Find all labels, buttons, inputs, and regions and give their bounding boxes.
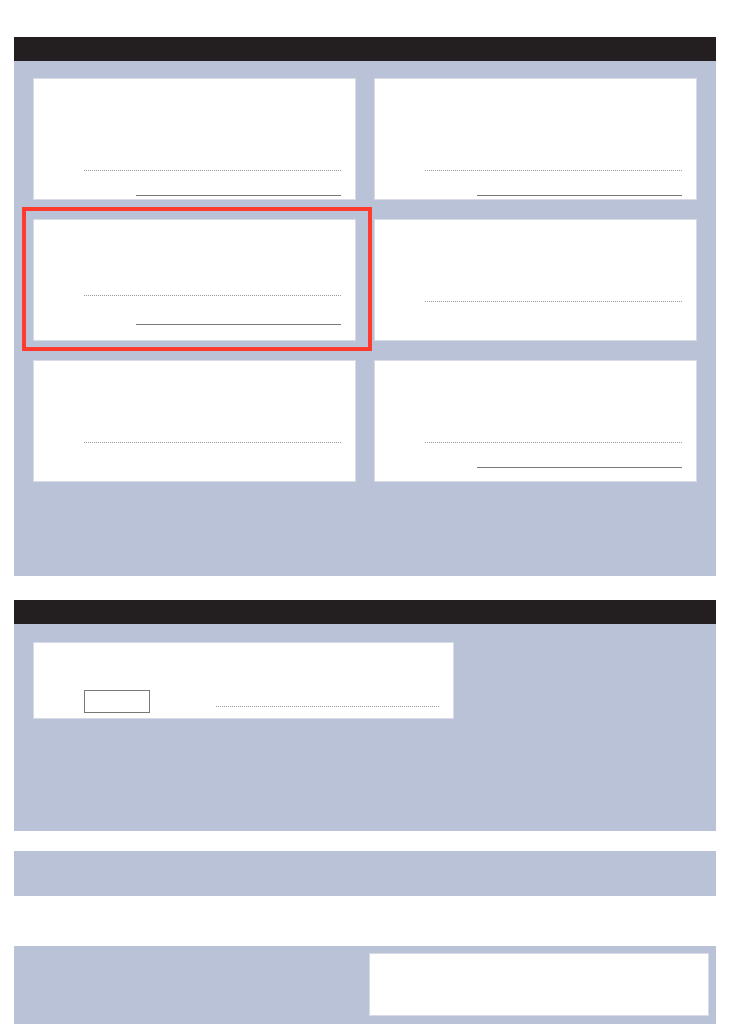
info-panel bbox=[14, 851, 716, 896]
cf-beneficiario-row bbox=[387, 455, 682, 468]
cinque-per-mille-header bbox=[14, 37, 716, 61]
firma-partito-field[interactable] bbox=[216, 703, 439, 707]
firma-volontariato-field[interactable] bbox=[84, 167, 341, 171]
cf-beneficiario-row bbox=[46, 183, 341, 196]
box-volontariato bbox=[33, 78, 356, 200]
box-partito-politico bbox=[33, 642, 454, 719]
firma-row bbox=[387, 298, 682, 303]
firma-associazioni-sportive-field[interactable] bbox=[425, 439, 682, 443]
due-per-mille-header bbox=[14, 600, 716, 624]
box-associazioni-sportive bbox=[374, 360, 697, 482]
cf-ricerca-scientifica-input[interactable] bbox=[477, 183, 682, 196]
codice-fiscale-row bbox=[15, 6, 21, 24]
box-comune-residenza bbox=[33, 360, 356, 482]
cf-associazioni-sportive-input[interactable] bbox=[477, 455, 682, 468]
codice-partito-input[interactable] bbox=[84, 690, 150, 713]
firma-row bbox=[387, 167, 682, 172]
firma-beni-culturali-field[interactable] bbox=[425, 298, 682, 302]
cf-beneficiario-row bbox=[387, 183, 682, 196]
box-beni-culturali bbox=[374, 219, 697, 341]
firma-comune-residenza-field[interactable] bbox=[84, 439, 341, 443]
firma-ricerca-scientifica-field[interactable] bbox=[425, 167, 682, 171]
due-per-mille-panel bbox=[14, 624, 716, 831]
cf-beneficiario-label bbox=[387, 461, 477, 469]
firma-row bbox=[387, 439, 682, 444]
cf-beneficiario-label bbox=[387, 189, 477, 197]
cf-beneficiario-label bbox=[46, 189, 136, 197]
firma-row bbox=[46, 439, 341, 444]
firma-row bbox=[46, 167, 341, 172]
declaration-panel bbox=[14, 946, 716, 1024]
firma-final-box[interactable] bbox=[369, 953, 709, 1016]
highlight-frame bbox=[22, 207, 372, 351]
cf-volontariato-input[interactable] bbox=[136, 183, 341, 196]
box-ricerca-scientifica bbox=[374, 78, 697, 200]
